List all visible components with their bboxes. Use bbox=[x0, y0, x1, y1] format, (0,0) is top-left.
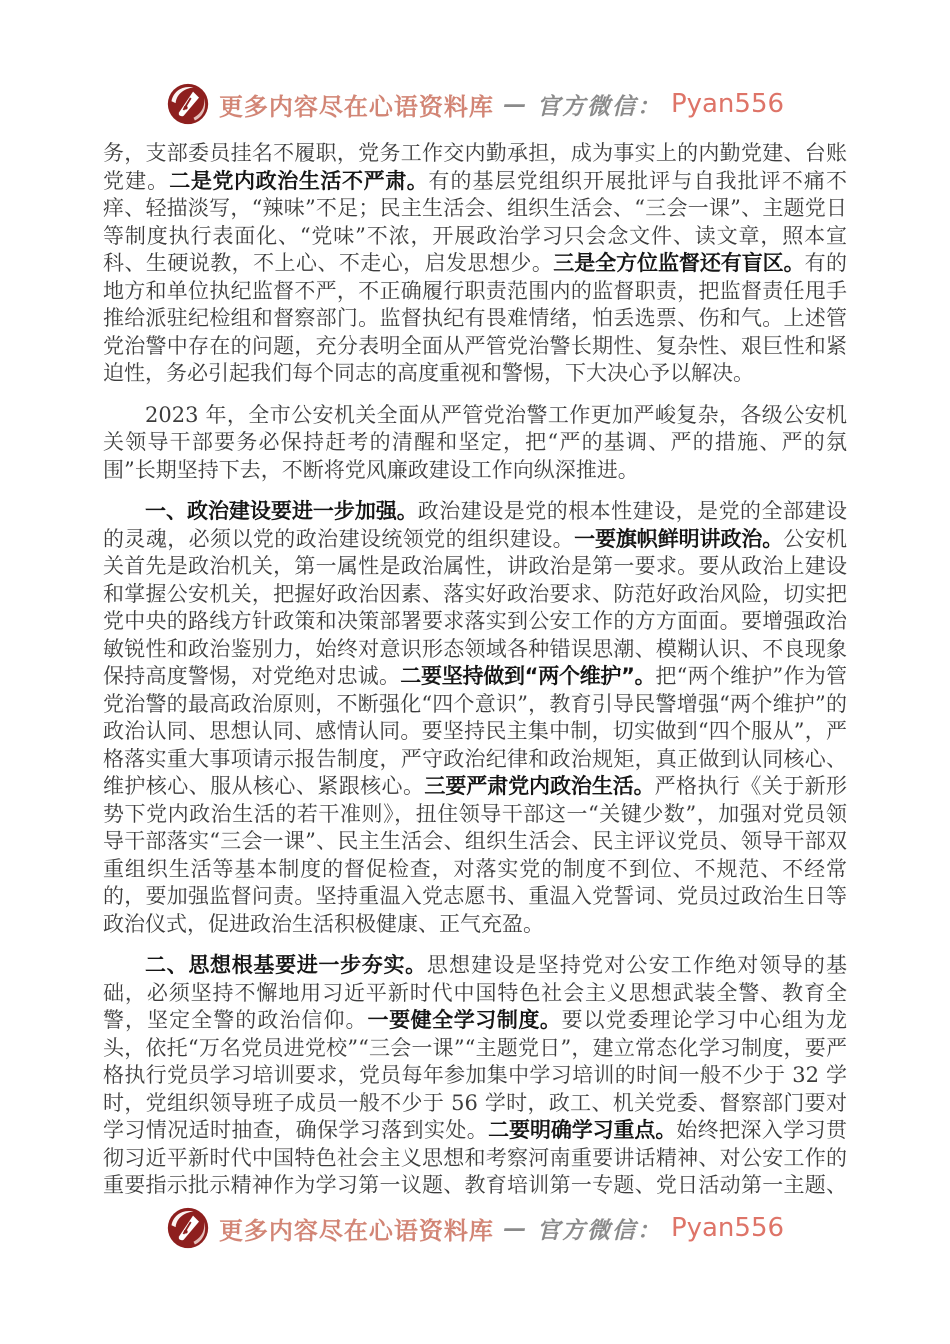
wechat-id: Pyan556 bbox=[671, 1213, 784, 1243]
brand-text: 更多内容尽在心语资料库 bbox=[219, 87, 494, 122]
heading-run: 一、政治建设要进一步加强。 bbox=[145, 499, 418, 523]
document-page: 更多内容尽在心语资料库—官方微信：Pyan556 务，支部委员挂名不履职，党务工… bbox=[0, 0, 950, 1344]
heading-run: 三要严肃党内政治生活。 bbox=[424, 774, 654, 798]
heading-run: 二要明确学习重点。 bbox=[488, 1118, 676, 1142]
brand-banner-bottom: 更多内容尽在心语资料库—官方微信：Pyan556 bbox=[0, 1206, 950, 1250]
paragraph: 一、政治建设要进一步加强。政治建设是党的根本性建设，是党的全部建设的灵魂，必须以… bbox=[103, 498, 847, 938]
brand-text: 更多内容尽在心语资料库 bbox=[219, 1211, 494, 1246]
heading-run: 二、思想根基要进一步夯实。 bbox=[145, 953, 427, 977]
text-run: 严格执行《关于新形势下党内政治生活的若干准则》，扭住领导干部这一“关键少数”，加… bbox=[103, 774, 847, 936]
heading-run: 三是全方位监督还有盲区。 bbox=[553, 251, 804, 275]
heading-run: 一要健全学习制度。 bbox=[368, 1008, 562, 1032]
wechat-label: 官方微信： bbox=[537, 88, 662, 121]
pen-circle-logo-icon bbox=[166, 82, 210, 126]
document-body: 务，支部委员挂名不履职，党务工作交内勤承担，成为事实上的内勤党建、台账党建。二是… bbox=[103, 140, 847, 1196]
heading-run: 二是党内政治生活不严肃。 bbox=[169, 169, 428, 193]
paragraph: 二、思想根基要进一步夯实。思想建设是坚持党对公安工作绝对领导的基础，必须坚持不懈… bbox=[103, 952, 847, 1196]
wechat-id: Pyan556 bbox=[671, 89, 784, 119]
heading-run: 二要坚持做到“两个维护”。 bbox=[400, 664, 655, 688]
text-run: 2023 年，全市公安机关全面从严管党治警工作更加严峻复杂，各级公安机关领导干部… bbox=[103, 403, 847, 482]
banner-separator: — bbox=[503, 91, 528, 118]
wechat-label: 官方微信： bbox=[537, 1212, 662, 1245]
paragraph: 2023 年，全市公安机关全面从严管党治警工作更加严峻复杂，各级公安机关领导干部… bbox=[103, 402, 847, 485]
brand-banner-top: 更多内容尽在心语资料库—官方微信：Pyan556 bbox=[0, 82, 950, 126]
heading-run: 一要旗帜鲜明讲政治。 bbox=[574, 527, 783, 551]
banner-separator: — bbox=[503, 1215, 528, 1242]
pen-circle-logo-icon bbox=[166, 1206, 210, 1250]
paragraph: 务，支部委员挂名不履职，党务工作交内勤承担，成为事实上的内勤党建、台账党建。二是… bbox=[103, 140, 847, 388]
